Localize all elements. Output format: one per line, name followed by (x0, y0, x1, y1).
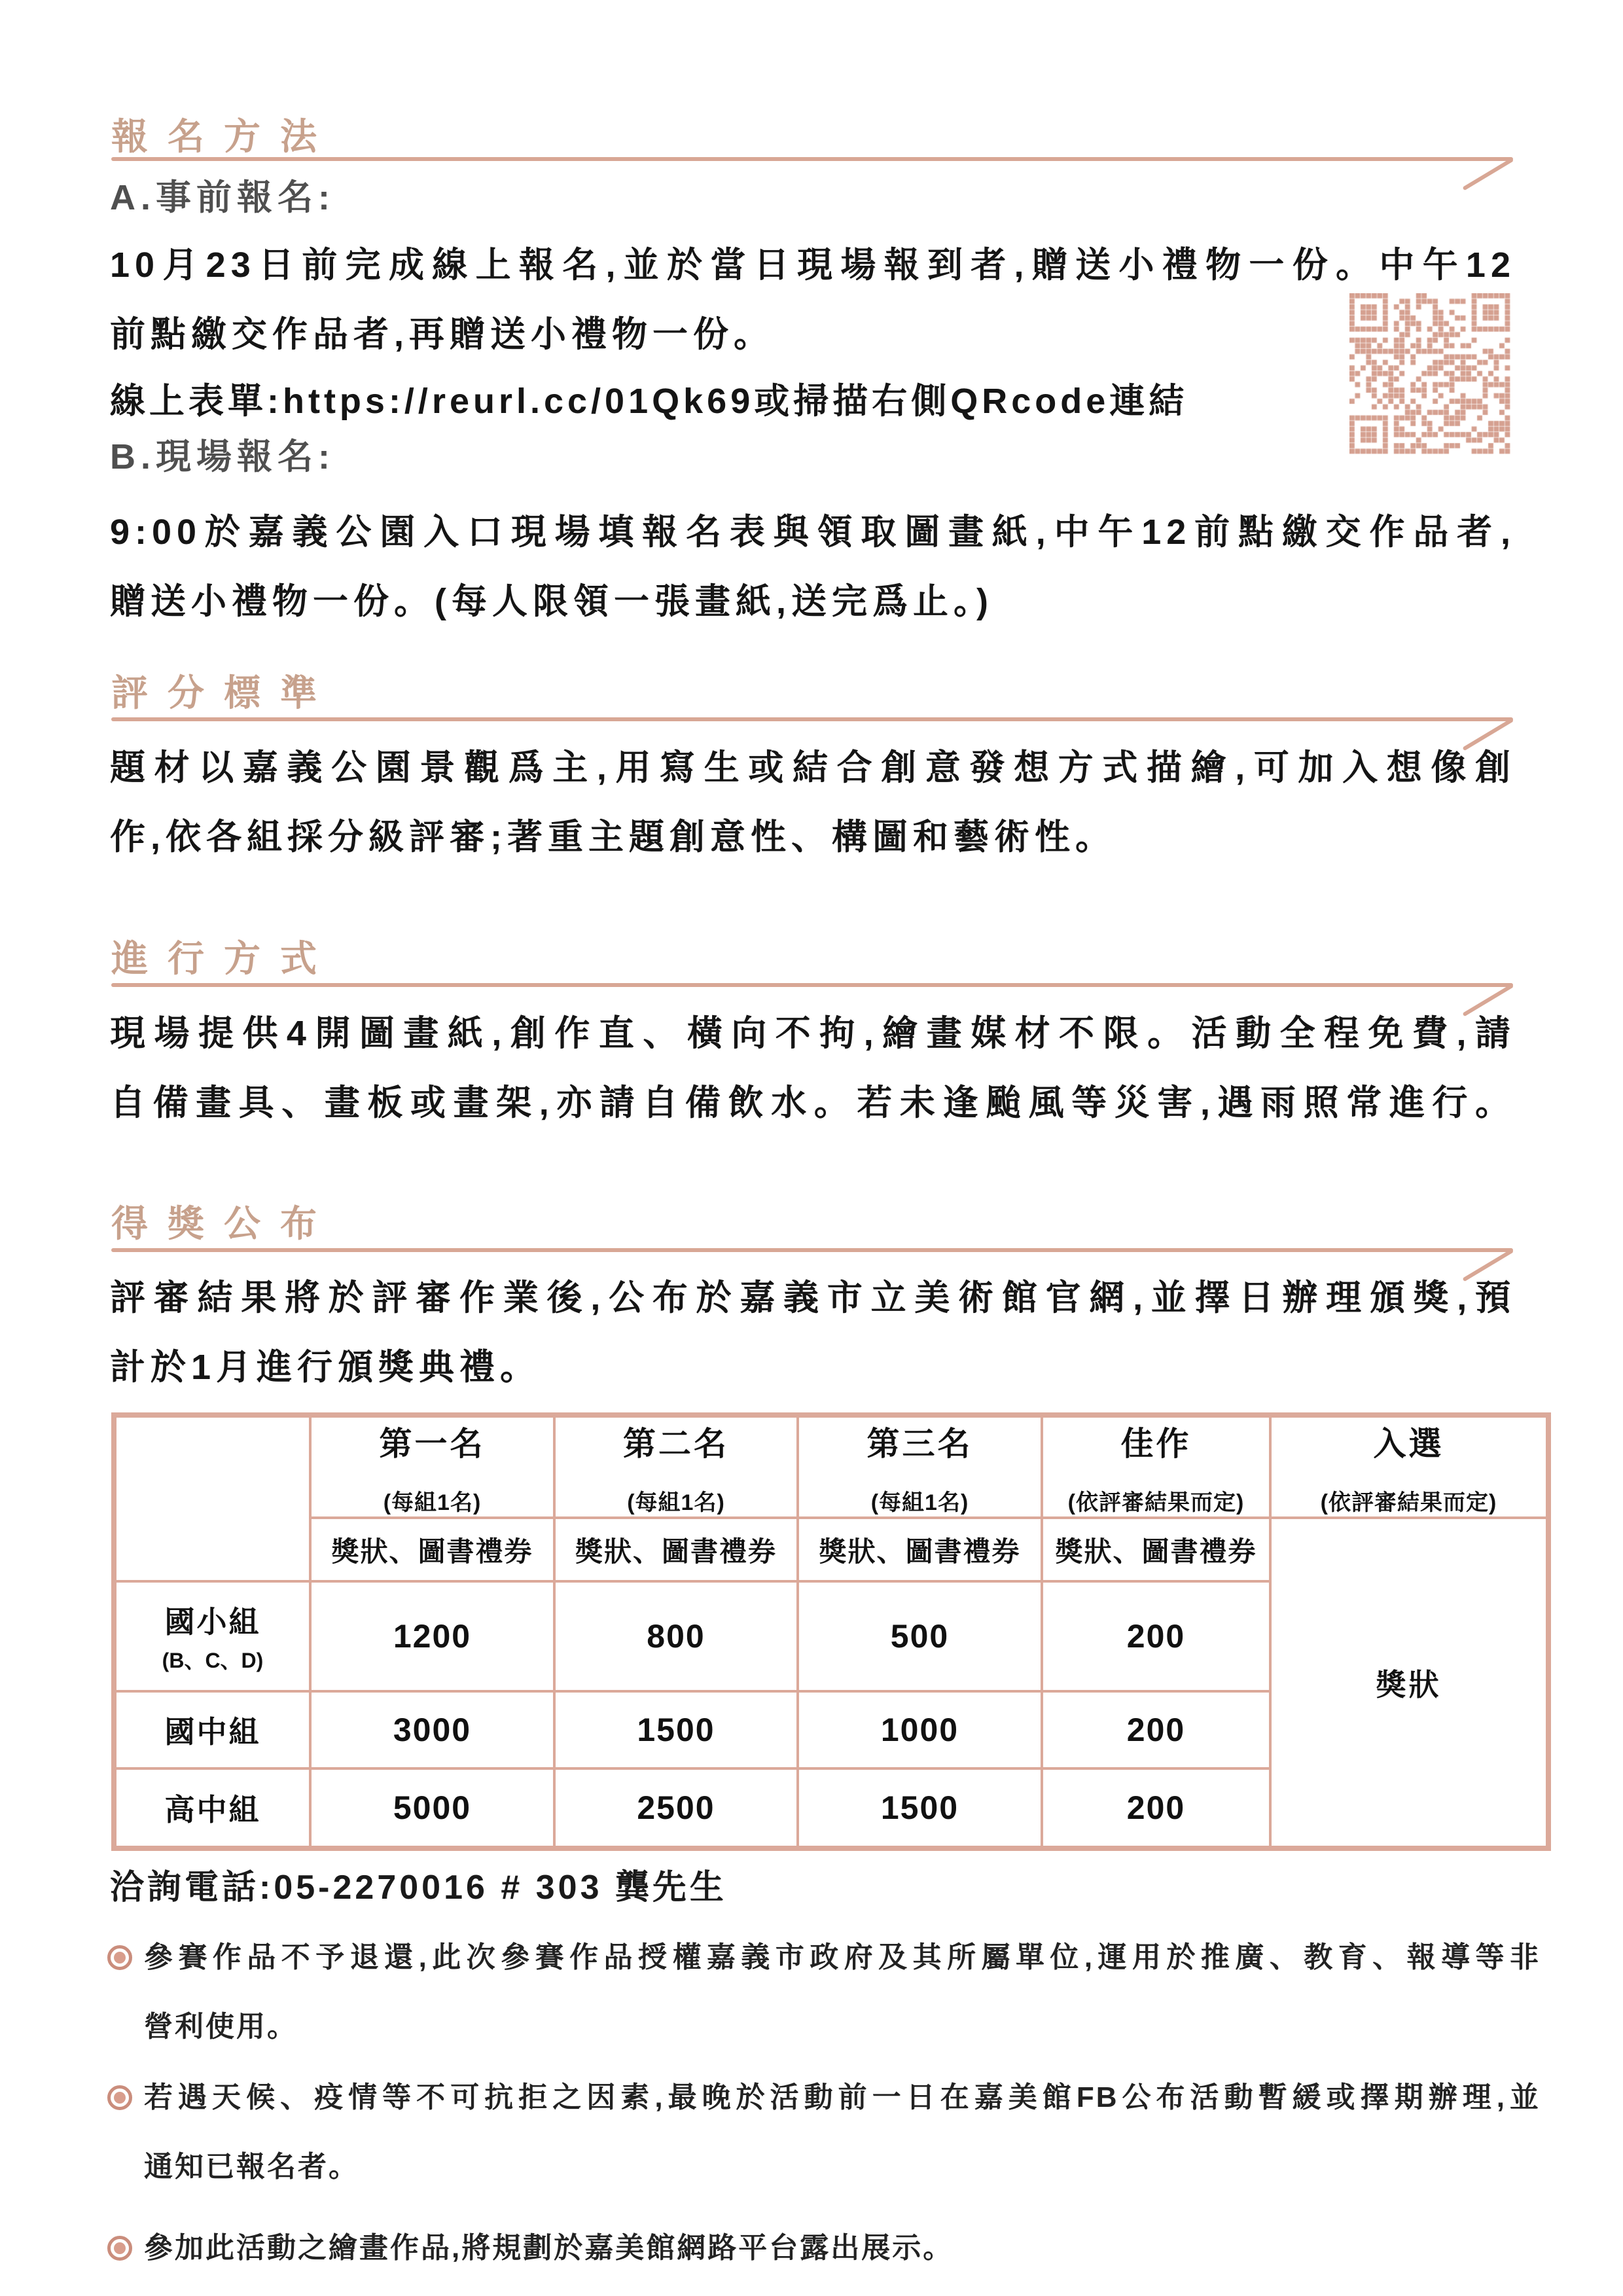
text-line: 9:00於嘉義公園入口現場填報名表與領取圖畫紙,中午12前點繳交作品者, (110, 497, 1516, 567)
text-line: 營利使用。 (144, 1992, 1541, 2062)
target-bullet-icon (107, 1945, 132, 1970)
qr-code (1349, 293, 1510, 454)
section-title-registration: 報名方法 (111, 118, 336, 156)
rank-title: 第一名 (312, 1418, 553, 1465)
selected-award-cell: 獎狀 (1270, 1518, 1548, 1848)
column-header-first: 第一名 (每組1名) (310, 1415, 554, 1518)
prize-amount: 800 (554, 1581, 798, 1691)
rank-title: 佳作 (1043, 1418, 1269, 1465)
section-rule-criteria (111, 717, 1513, 721)
prize-amount: 1200 (310, 1581, 554, 1691)
text-line: 參加此活動之繪畫作品,將規劃於嘉美館網路平台露出展示。 (144, 2214, 1541, 2283)
prize-amount: 1000 (798, 1691, 1042, 1768)
prize-amount: 200 (1042, 1768, 1270, 1848)
text-line: 題材以嘉義公園景觀爲主,用寫生或結合創意發想方式描繪,可加入想像創 (110, 733, 1516, 802)
text-line: 通知已報名者。 (144, 2132, 1541, 2202)
reward-cell: 獎狀、圖書禮券 (310, 1518, 554, 1581)
section-title-criteria: 評分標準 (111, 674, 336, 712)
column-header-selected: 入選 (依評審結果而定) (1270, 1415, 1548, 1518)
section-title-awards: 得獎公布 (111, 1205, 336, 1243)
text-line: 若遇天候、疫情等不可抗拒之因素,最晚於活動前一日在嘉美館FB公布活動暫緩或擇期辦… (144, 2063, 1541, 2132)
table-corner-cell (114, 1415, 310, 1581)
text-line: 自備畫具、畫板或畫架,亦請自備飲水。若未逢颱風等災害,遇雨照常進行。 (110, 1068, 1516, 1138)
table-reward-row: 獎狀、圖書禮券 獎狀、圖書禮券 獎狀、圖書禮券 獎狀、圖書禮券 獎狀 (114, 1518, 1548, 1581)
section-rule-procedure (111, 983, 1513, 987)
group-cell: 國中組 (114, 1691, 310, 1768)
group-name: 國小組 (116, 1598, 309, 1641)
prize-amount: 3000 (310, 1691, 554, 1768)
target-bullet-icon (107, 2085, 132, 2110)
reward-cell: 獎狀、圖書禮券 (554, 1518, 798, 1581)
text-line: 評審結果將於評審作業後,公布於嘉義市立美術館官網,並擇日辦理頒獎,預 (110, 1263, 1516, 1333)
subsection-label-a: A.事前報名: (110, 165, 335, 230)
group-name: 高中組 (116, 1786, 309, 1829)
text-line: 贈送小禮物一份。(每人限領一張畫紙,送完爲止。) (110, 567, 1516, 636)
prize-amount: 500 (798, 1581, 1042, 1691)
section-rule-registration (111, 157, 1513, 161)
column-header-honorable: 佳作 (依評審結果而定) (1042, 1415, 1270, 1518)
paragraph-onsite-registration: 9:00於嘉義公園入口現場填報名表與領取圖畫紙,中午12前點繳交作品者, 贈送小… (110, 497, 1516, 636)
text-line: 10月23日前完成線上報名,並於當日現場報到者,贈送小禮物一份。中午12 (110, 230, 1516, 300)
prize-amount: 2500 (554, 1768, 798, 1848)
contact-phone-line: 洽詢電話:05-2270016 # 303 龔先生 (110, 1867, 727, 1909)
subsection-label-b: B.現場報名: (110, 424, 335, 490)
rank-subtitle: (每組1名) (799, 1484, 1041, 1516)
prize-amount: 200 (1042, 1691, 1270, 1768)
rank-title: 第二名 (556, 1418, 796, 1465)
text-line: 前點繳交作品者,再贈送小禮物一份。 (110, 300, 1516, 369)
group-cell: 高中組 (114, 1768, 310, 1848)
paragraph-advance-registration: 10月23日前完成線上報名,並於當日現場報到者,贈送小禮物一份。中午12 前點繳… (110, 230, 1516, 369)
paragraph-procedure: 現場提供4開圖畫紙,創作直、橫向不拘,繪畫媒材不限。活動全程免費,請 自備畫具、… (110, 999, 1516, 1138)
group-note: (B、C、D) (116, 1644, 309, 1674)
text-line: 參賽作品不予退還,此次參賽作品授權嘉義市政府及其所屬單位,運用於推廣、教育、報導… (144, 1923, 1541, 1992)
note-item: 若遇天候、疫情等不可抗拒之因素,最晚於活動前一日在嘉美館FB公布活動暫緩或擇期辦… (107, 2063, 1541, 2202)
rank-subtitle: (依評審結果而定) (1043, 1484, 1269, 1516)
text-line: 作,依各組採分級評審;著重主題創意性、構圖和藝術性。 (110, 802, 1516, 872)
note-item: 參賽作品不予退還,此次參賽作品授權嘉義市政府及其所屬單位,運用於推廣、教育、報導… (107, 1923, 1541, 2062)
rule-tick-icon (1462, 158, 1514, 190)
prize-table: 第一名 (每組1名) 第二名 (每組1名) 第三名 (每組1名) 佳作 (依評審… (111, 1412, 1551, 1851)
table-header-row: 第一名 (每組1名) 第二名 (每組1名) 第三名 (每組1名) 佳作 (依評審… (114, 1415, 1548, 1518)
rank-subtitle: (依評審結果而定) (1272, 1484, 1546, 1516)
prize-amount: 1500 (554, 1691, 798, 1768)
reward-cell: 獎狀、圖書禮券 (1042, 1518, 1270, 1581)
section-rule-awards (111, 1248, 1513, 1252)
reward-cell: 獎狀、圖書禮券 (798, 1518, 1042, 1581)
prize-amount: 5000 (310, 1768, 554, 1848)
paragraph-awards: 評審結果將於評審作業後,公布於嘉義市立美術館官網,並擇日辦理頒獎,預 計於1月進… (110, 1263, 1516, 1402)
rank-subtitle: (每組1名) (312, 1484, 553, 1516)
flyer-page: 報名方法 A.事前報名: 10月23日前完成線上報名,並於當日現場報到者,贈送小… (0, 0, 1623, 2296)
column-header-third: 第三名 (每組1名) (798, 1415, 1042, 1518)
prize-amount: 200 (1042, 1581, 1270, 1691)
group-name: 國中組 (116, 1708, 309, 1751)
target-bullet-icon (107, 2236, 132, 2261)
group-cell: 國小組 (B、C、D) (114, 1581, 310, 1691)
text-line: 計於1月進行頒獎典禮。 (110, 1333, 1516, 1402)
section-title-procedure: 進行方式 (111, 940, 336, 978)
prize-amount: 1500 (798, 1768, 1042, 1848)
text-line: 現場提供4開圖畫紙,創作直、橫向不拘,繪畫媒材不限。活動全程免費,請 (110, 999, 1516, 1068)
rank-title: 入選 (1272, 1418, 1546, 1465)
paragraph-criteria: 題材以嘉義公園景觀爲主,用寫生或結合創意發想方式描繪,可加入想像創 作,依各組採… (110, 733, 1516, 872)
column-header-second: 第二名 (每組1名) (554, 1415, 798, 1518)
note-item: 參加此活動之繪畫作品,將規劃於嘉美館網路平台露出展示。 (107, 2214, 1541, 2283)
rank-title: 第三名 (799, 1418, 1041, 1465)
rank-subtitle: (每組1名) (556, 1484, 796, 1516)
